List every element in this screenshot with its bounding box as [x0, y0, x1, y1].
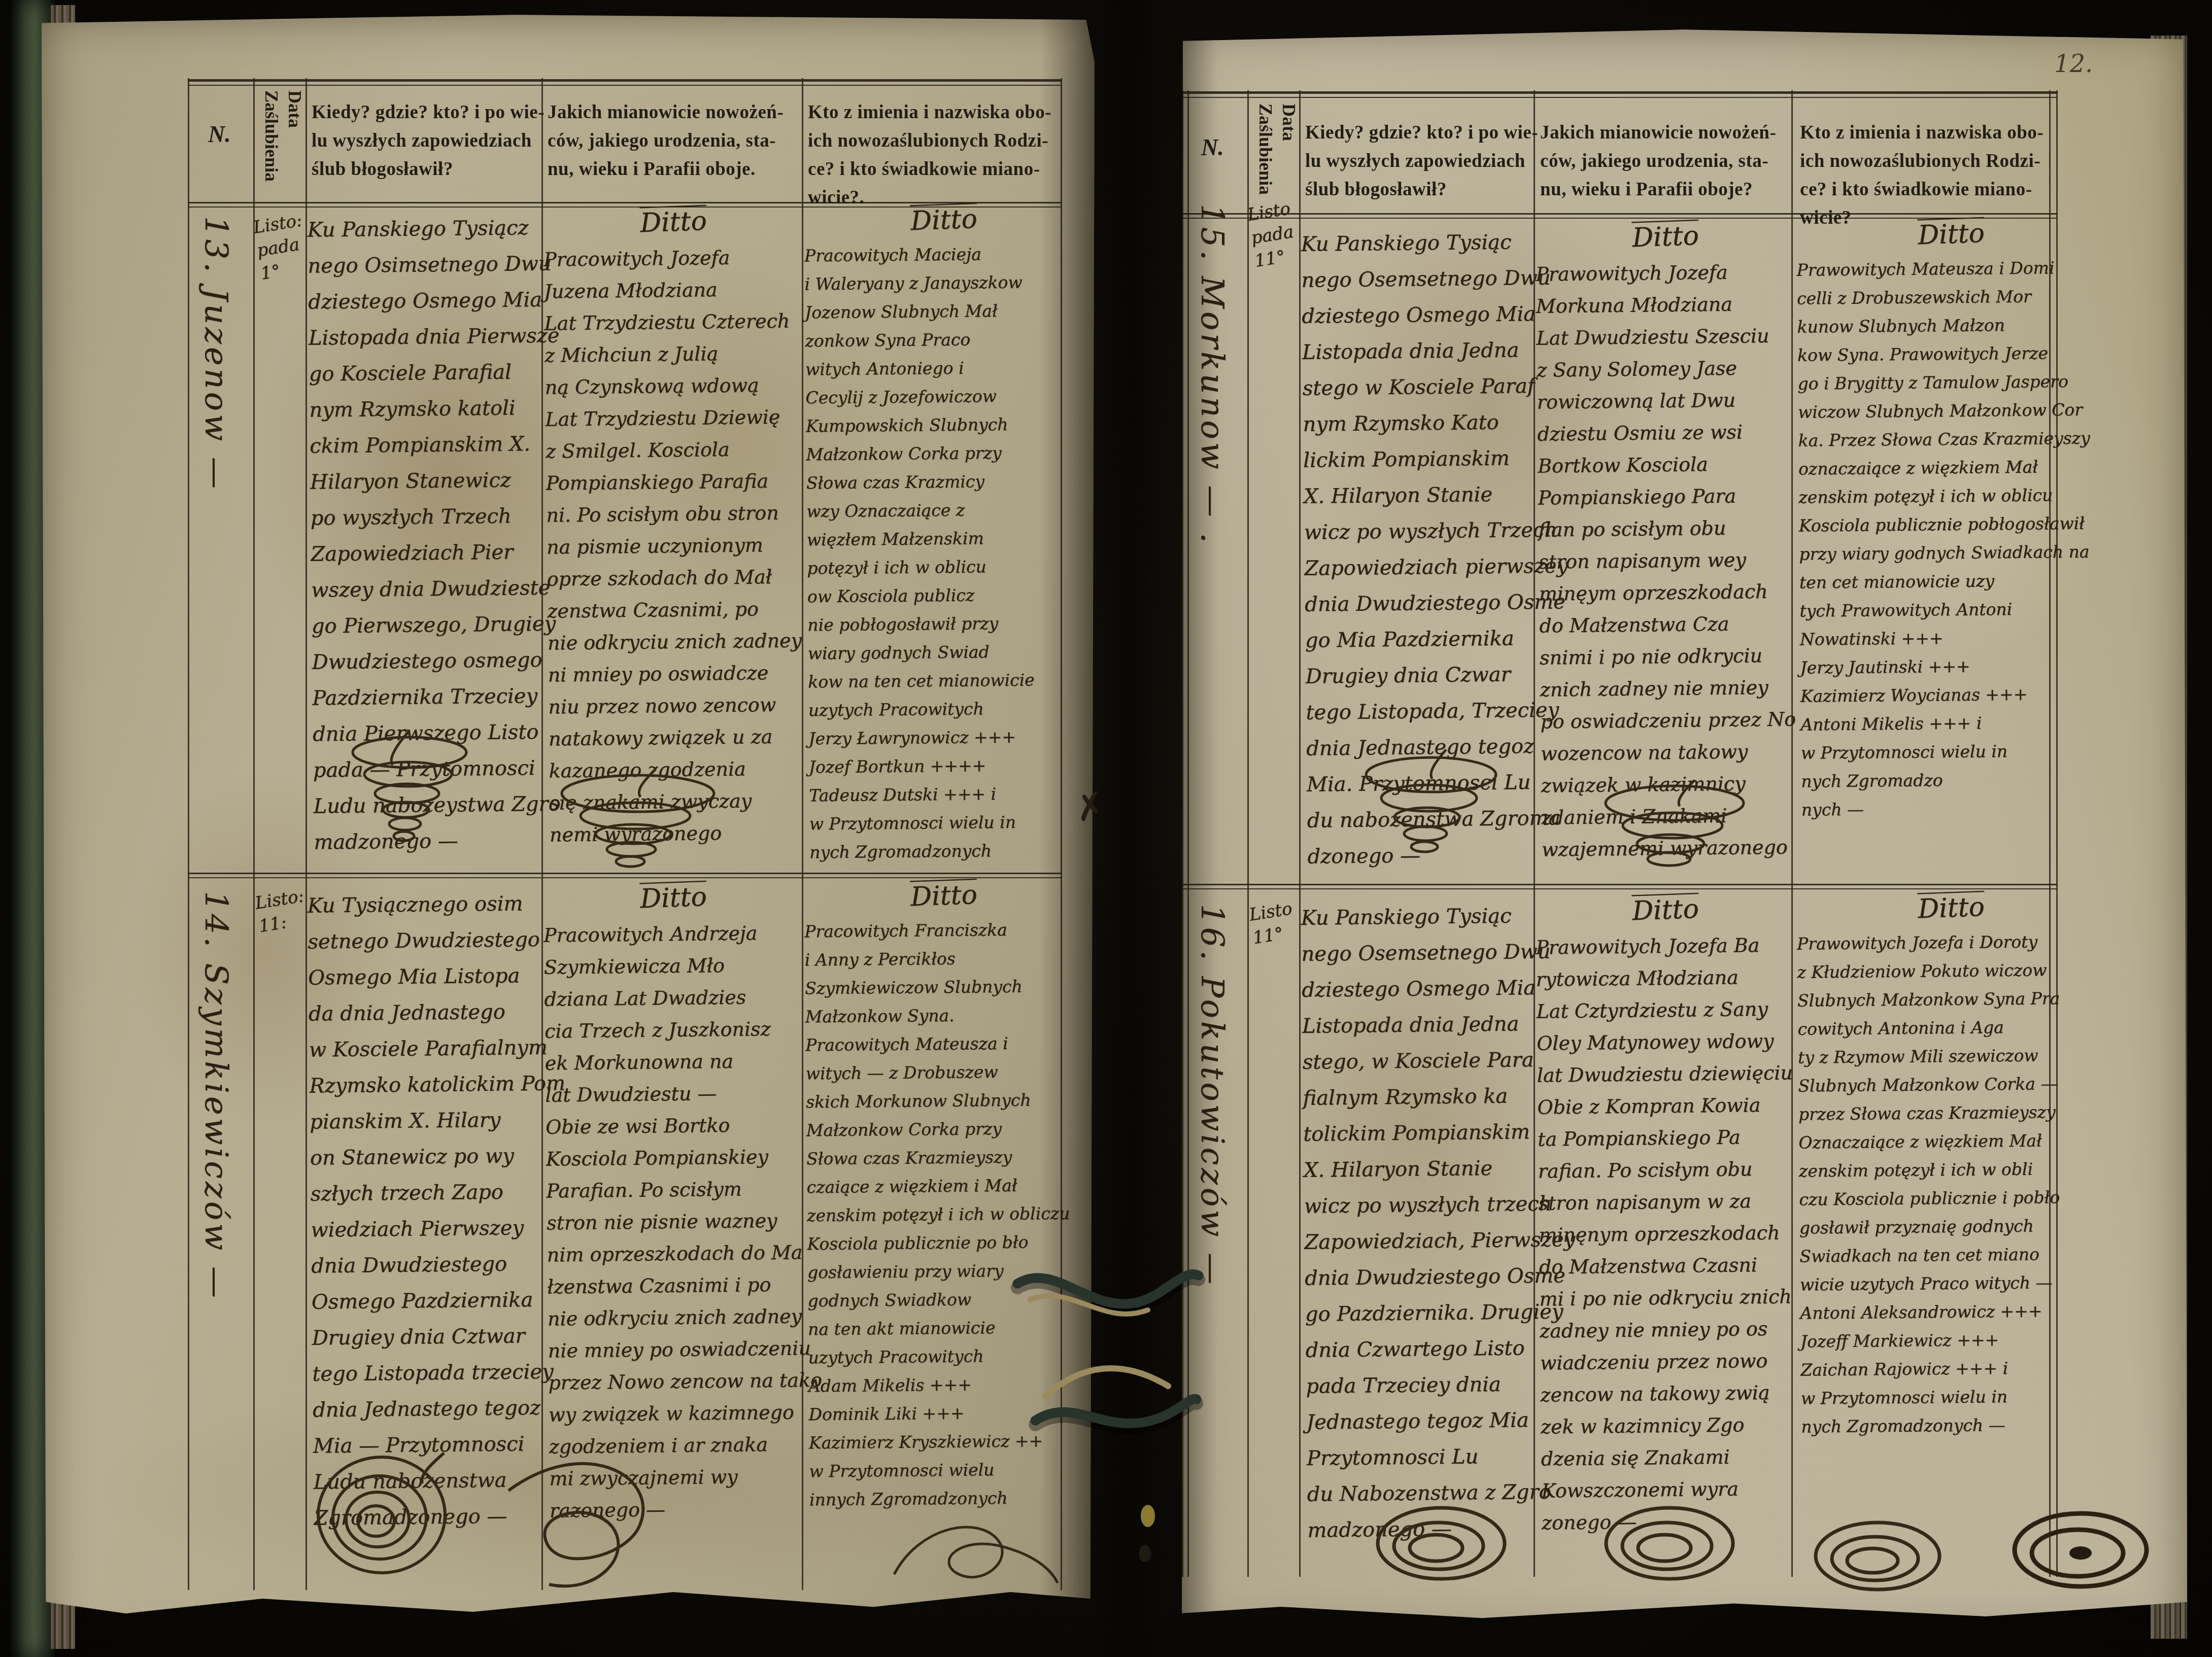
register-book-spread: N. Data Zaślubienia Kiedy? gdzie? kto? i… [0, 0, 2212, 1657]
thread-lower-fray [1045, 1368, 1168, 1396]
binding-threads [0, 0, 2212, 1657]
thread-knot [1141, 1505, 1155, 1527]
thread-knot-shadow [1139, 1545, 1151, 1562]
page-number: 12. [2054, 50, 2093, 78]
